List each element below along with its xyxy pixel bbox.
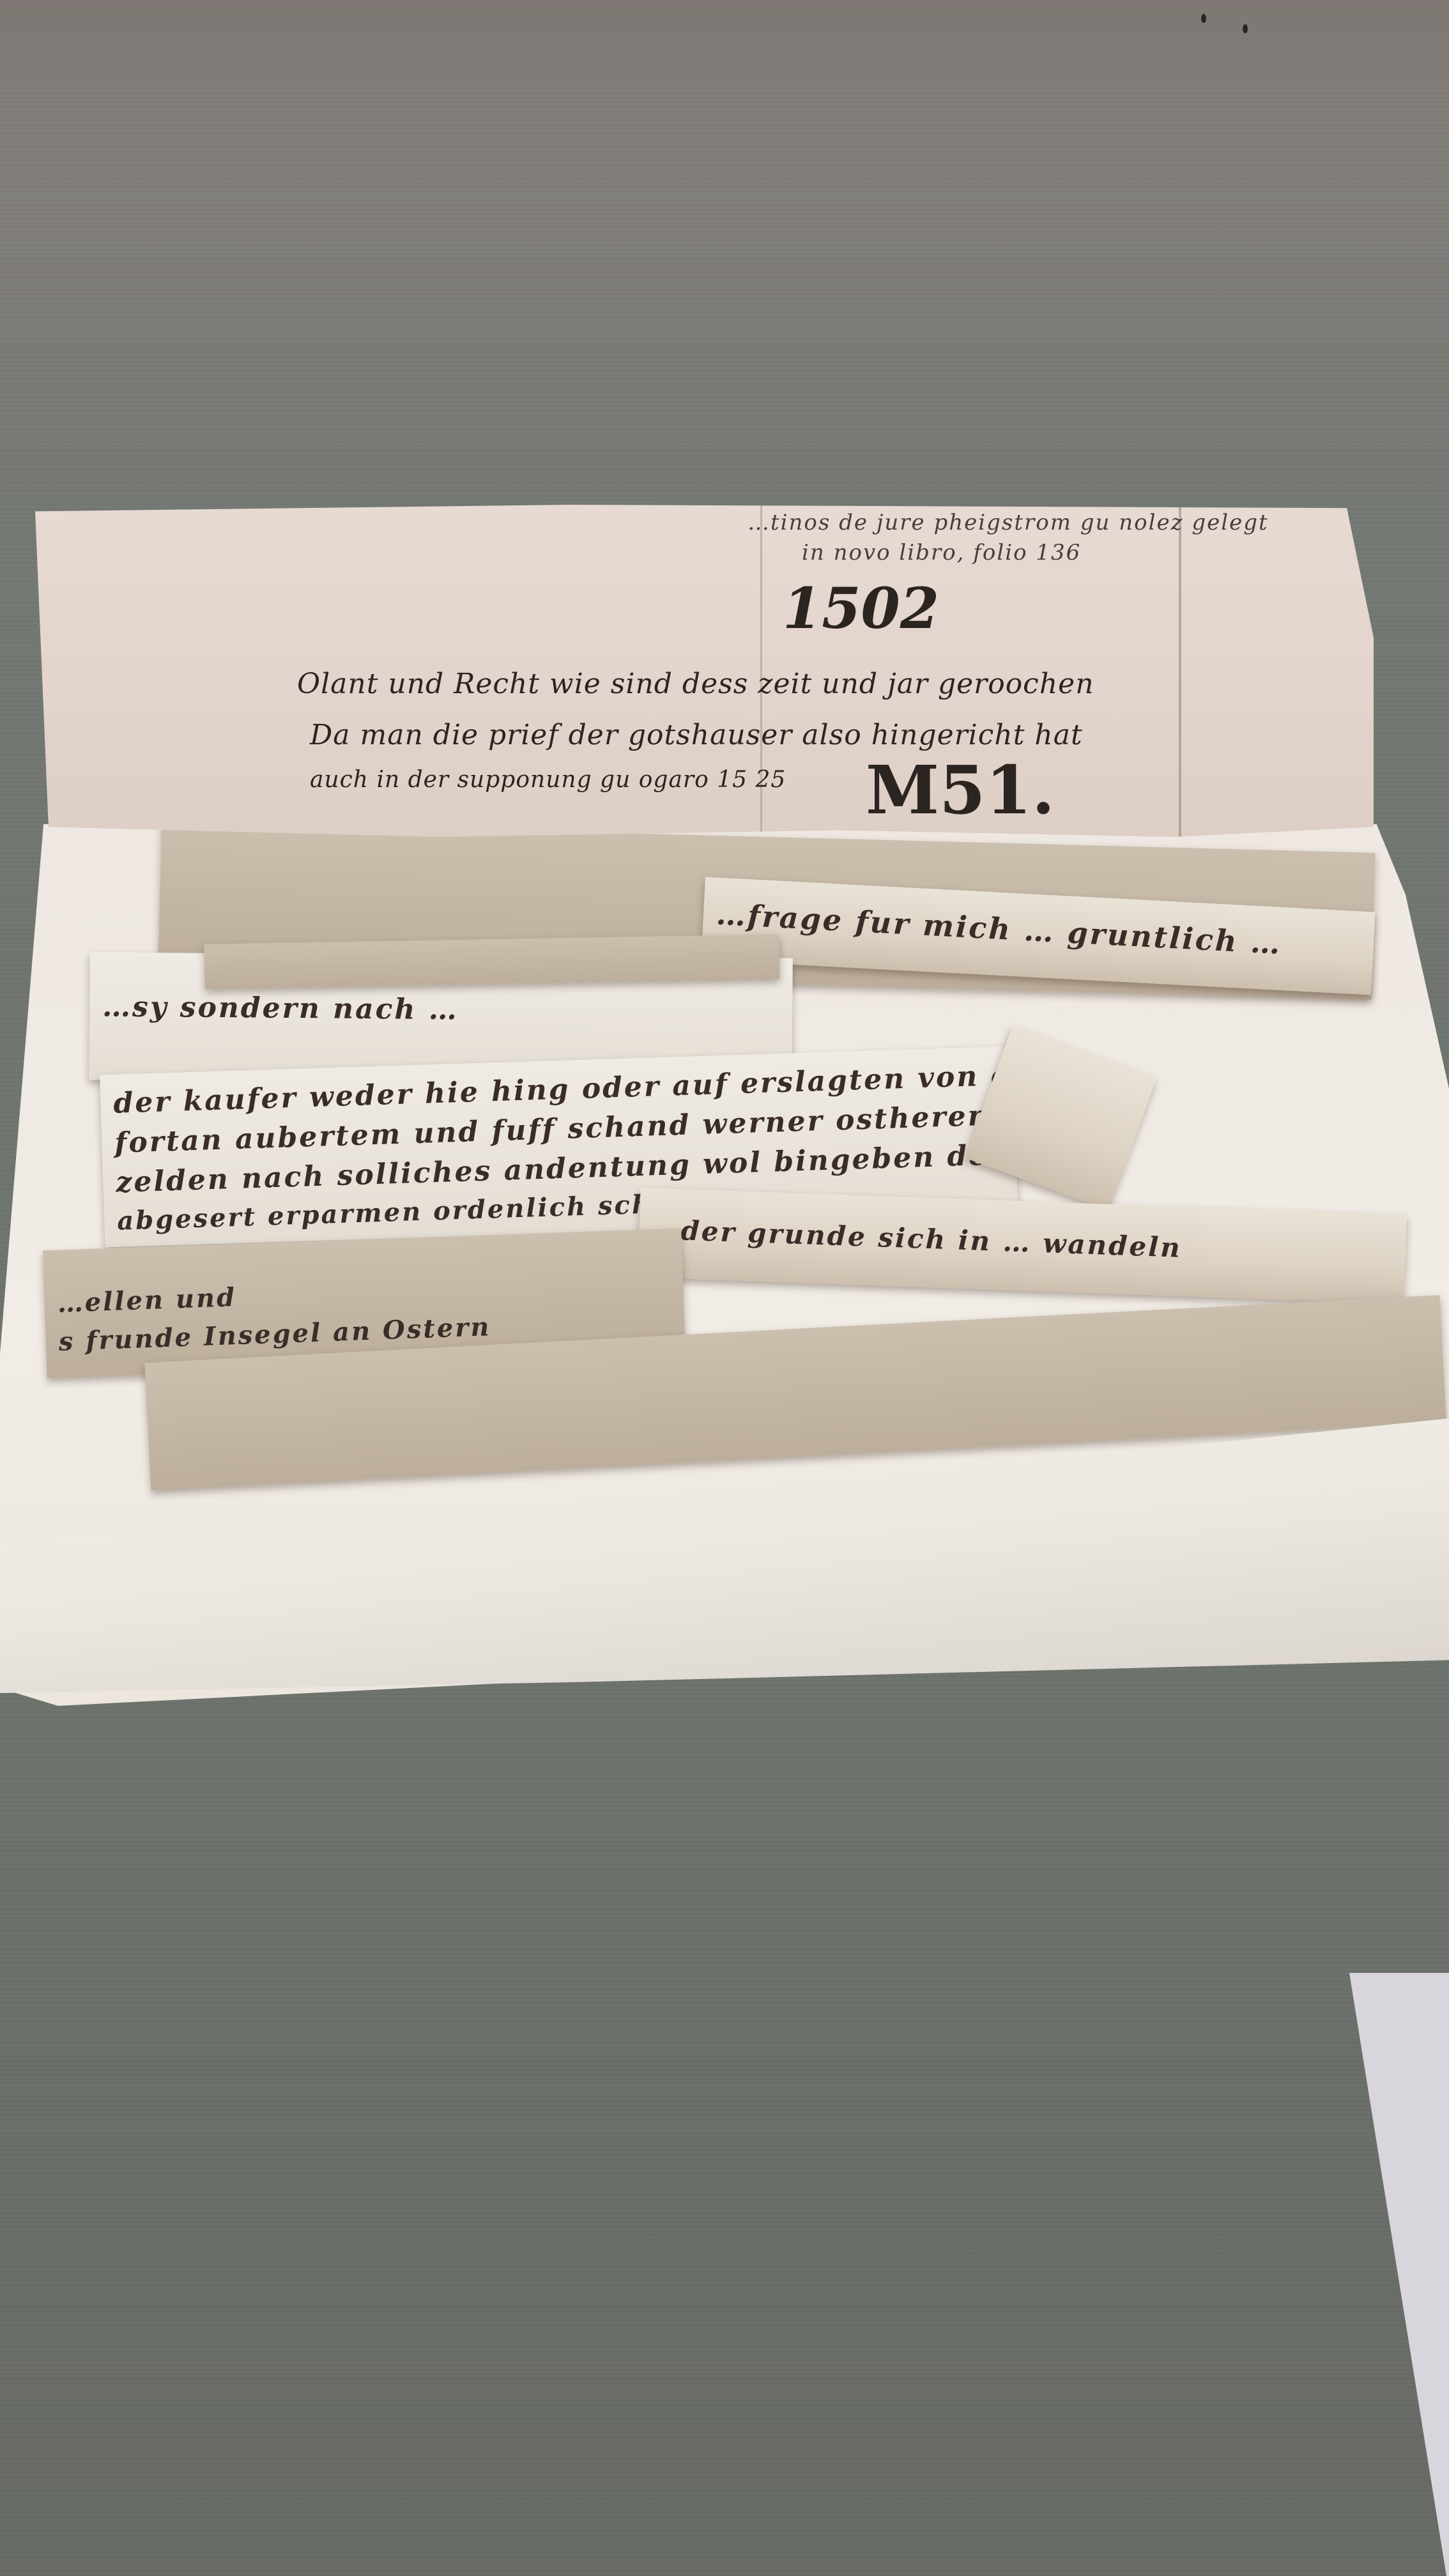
strip-script: …frage fur mich … gruntlich … — [716, 897, 1361, 965]
white-card-edge — [1349, 1973, 1449, 2576]
label-text-line: Da man die prief der gotshauser also hin… — [310, 719, 1083, 751]
label-text-line: Olant und Recht wie sind dess zeit und j… — [297, 668, 1094, 700]
archival-label: …tinos de jure pheigstrom gu nolez geleg… — [35, 505, 1374, 837]
background-speck — [1243, 24, 1248, 33]
strip-script: …der grunde sich in … wandeln — [652, 1214, 1393, 1271]
strip-script: …sy sondern nach … — [102, 990, 779, 1029]
background-speck — [1201, 14, 1206, 23]
label-note: …tinos de jure pheigstrom gu nolez geleg… — [747, 510, 1269, 535]
label-year: 1502 — [783, 575, 939, 641]
label-fold — [1179, 505, 1181, 837]
background-shadow — [0, 0, 1449, 192]
label-shelfmark: M51. — [866, 751, 1055, 829]
label-text-line: auch in der supponung gu ogaro 15 25 — [310, 767, 786, 793]
label-note: in novo libro, folio 136 — [802, 540, 1081, 565]
